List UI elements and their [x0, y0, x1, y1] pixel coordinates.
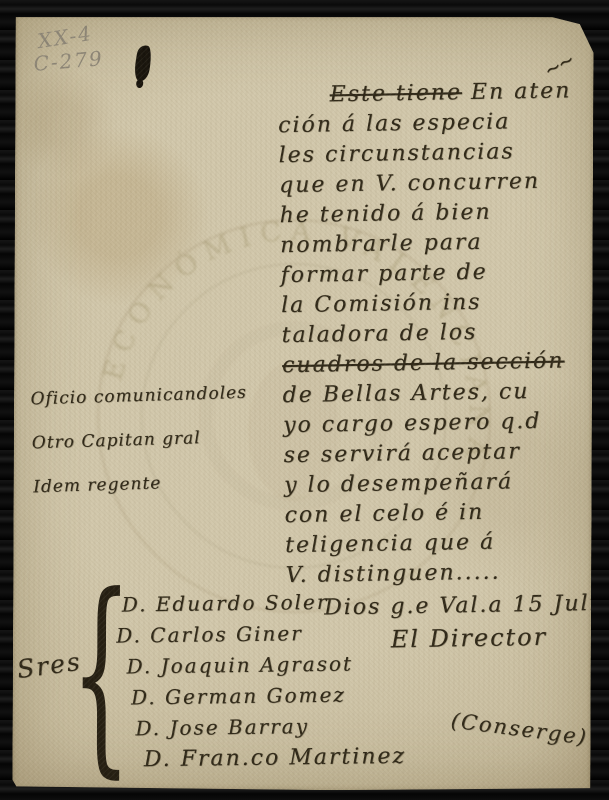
margin-notes: Oficio comunicandoles Otro Capitan gral … — [30, 369, 294, 509]
recipient-name: D. Eduardo Soler — [122, 586, 405, 621]
recipient-name: D. Carlos Giner — [116, 617, 405, 652]
recipient-name: D. Fran.co Martinez — [144, 741, 407, 775]
recipient-name: D. Joaquin Agrasot — [126, 648, 405, 683]
recipient-name: D. Jose Barray — [135, 710, 406, 745]
margin-note-line: Idem regente — [33, 457, 294, 509]
ink-blot — [133, 44, 154, 82]
struck-body-line: cuadros de la sección — [282, 346, 594, 381]
body-line: Este tiene En aten — [277, 76, 589, 111]
margin-note-line: Otro Capitan gral — [31, 413, 292, 465]
archive-code-secondary: C-279 — [33, 46, 105, 76]
concierge-note: (Conserge) — [450, 708, 590, 749]
margin-note-line: Oficio comunicandoles — [30, 369, 291, 421]
recipient-name: D. German Gomez — [131, 679, 406, 714]
letter-body: Este tiene En aten ción á las especia le… — [277, 76, 598, 656]
struck-words: Este tiene — [329, 80, 462, 107]
scan-background: ECONÓMICA VALENCIANA XX-4 C-279 ~~ Ofici… — [0, 0, 609, 800]
body-text: En aten — [471, 78, 572, 105]
document-page: ECONÓMICA VALENCIANA XX-4 C-279 ~~ Ofici… — [12, 15, 593, 792]
recipients-names: D. Eduardo Soler D. Carlos Giner D. Joaq… — [108, 586, 407, 776]
